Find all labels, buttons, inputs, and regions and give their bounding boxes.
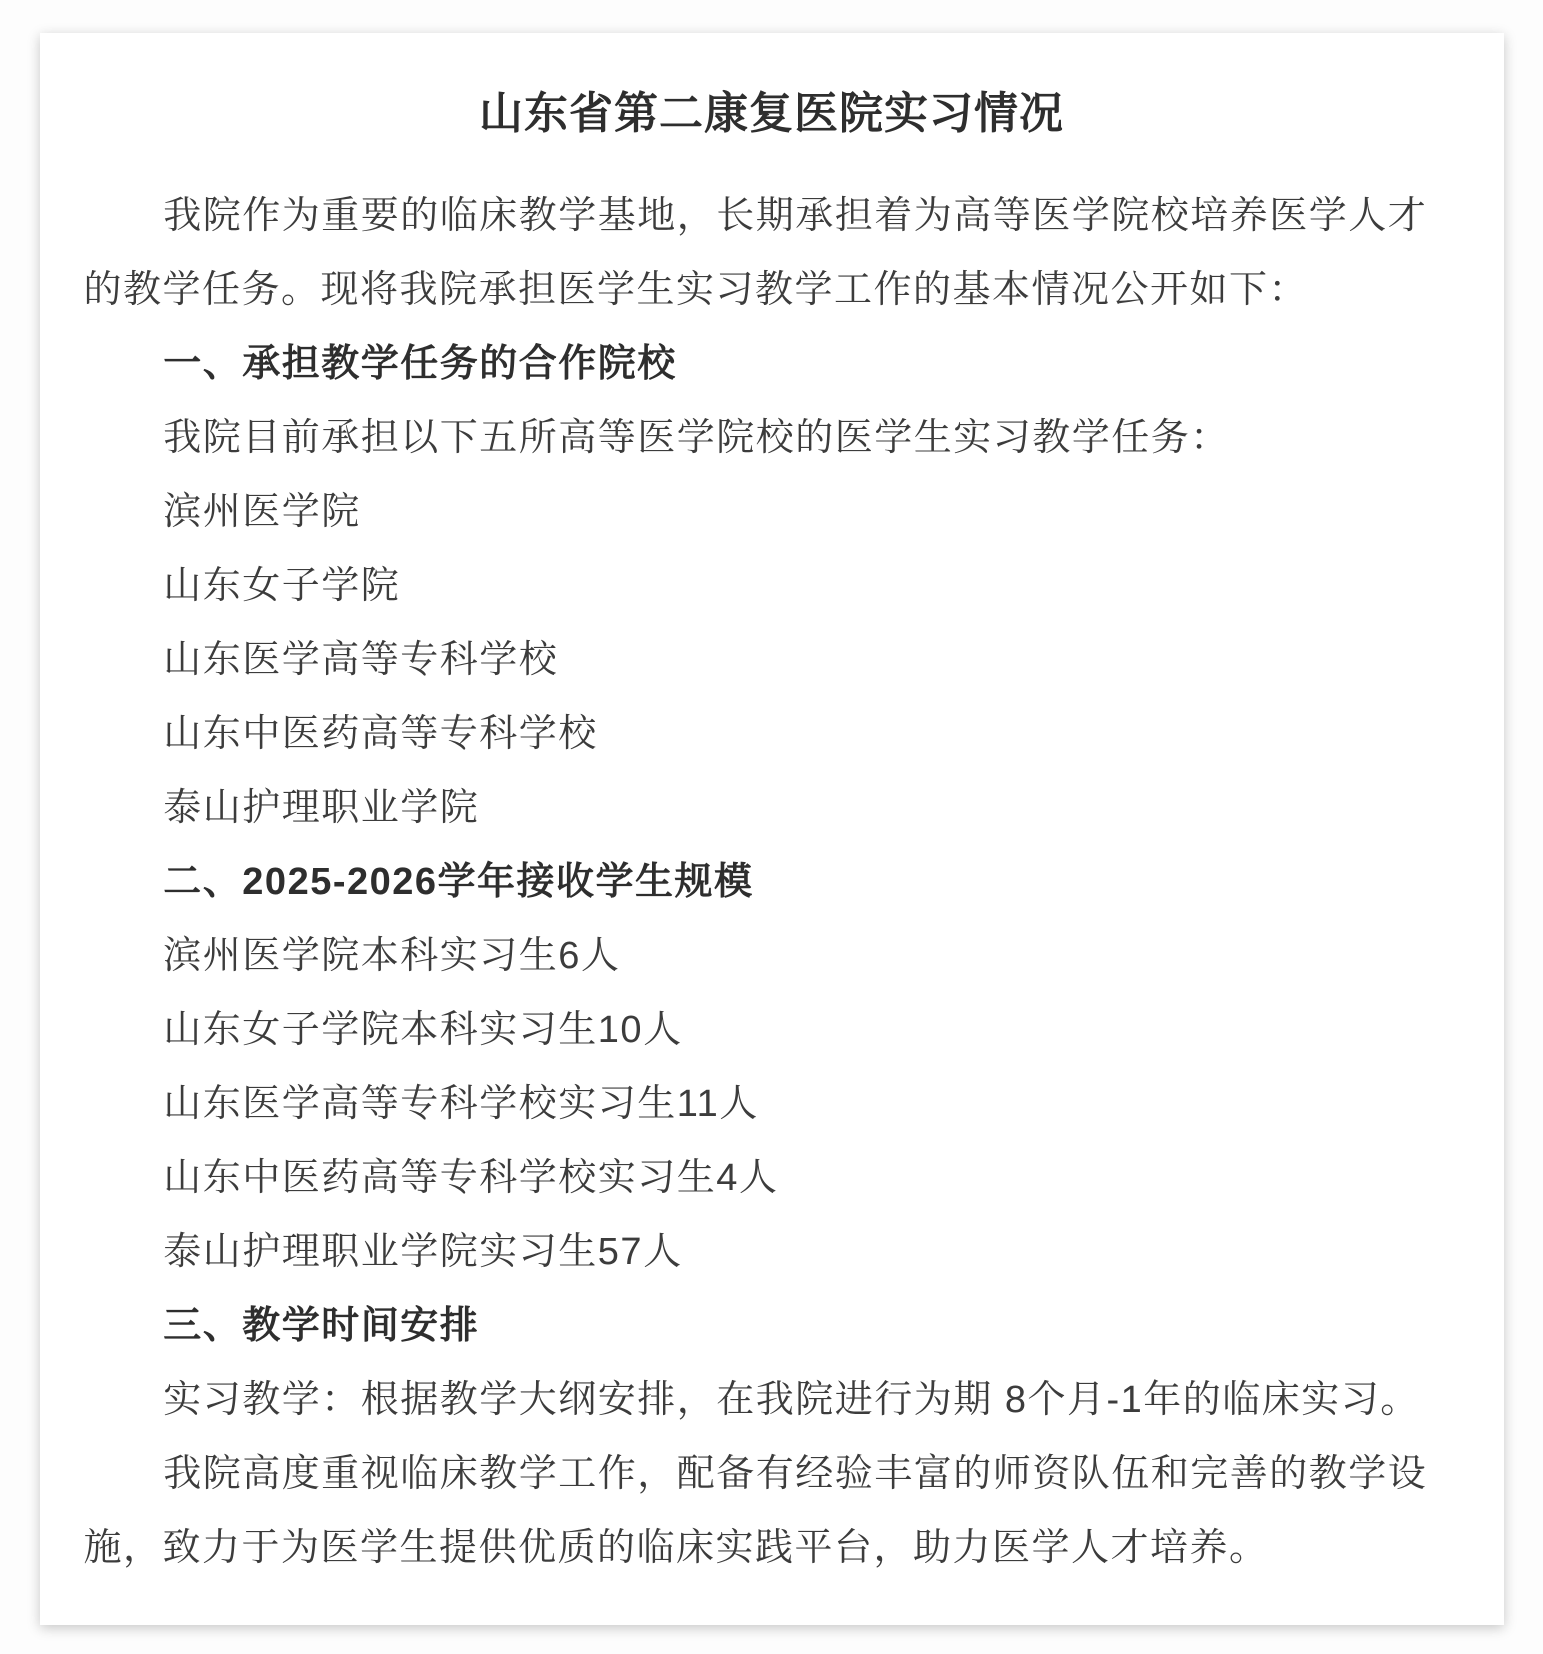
section-heading-3: 三、教学时间安排: [84, 1289, 1460, 1363]
list-item-intern-count: 山东中医药高等专科学校实习生4人: [84, 1141, 1460, 1215]
page-title: 山东省第二康复医院实习情况: [84, 77, 1460, 151]
closing-paragraph: 我院高度重视临床教学工作，配备有经验丰富的师资队伍和完善的教学设施，致力于为医学…: [84, 1437, 1460, 1585]
section-heading-2: 二、2025-2026学年接收学生规模: [84, 845, 1460, 919]
list-item-school: 山东中医药高等专科学校: [84, 697, 1460, 771]
intro-paragraph: 我院作为重要的临床教学基地，长期承担着为高等医学院校培养医学人才的教学任务。现将…: [84, 179, 1460, 327]
list-item-intern-count: 山东医学高等专科学校实习生11人: [84, 1067, 1460, 1141]
list-item-school: 滨州医学院: [84, 475, 1460, 549]
page-background: 山东省第二康复医院实习情况 我院作为重要的临床教学基地，长期承担着为高等医学院校…: [0, 0, 1543, 1654]
list-item-school: 山东女子学院: [84, 549, 1460, 623]
list-item-school: 山东医学高等专科学校: [84, 623, 1460, 697]
schedule-paragraph: 实习教学：根据教学大纲安排，在我院进行为期 8个月-1年的临床实习。: [84, 1363, 1460, 1437]
list-item-school: 泰山护理职业学院: [84, 771, 1460, 845]
list-item-intern-count: 滨州医学院本科实习生6人: [84, 919, 1460, 993]
list-item-intern-count: 山东女子学院本科实习生10人: [84, 993, 1460, 1067]
document-card: 山东省第二康复医院实习情况 我院作为重要的临床教学基地，长期承担着为高等医学院校…: [40, 33, 1504, 1625]
list-item-intern-count: 泰山护理职业学院实习生57人: [84, 1215, 1460, 1289]
section-heading-1: 一、承担教学任务的合作院校: [84, 327, 1460, 401]
section-1-lead-paragraph: 我院目前承担以下五所高等医学院校的医学生实习教学任务：: [84, 401, 1460, 475]
